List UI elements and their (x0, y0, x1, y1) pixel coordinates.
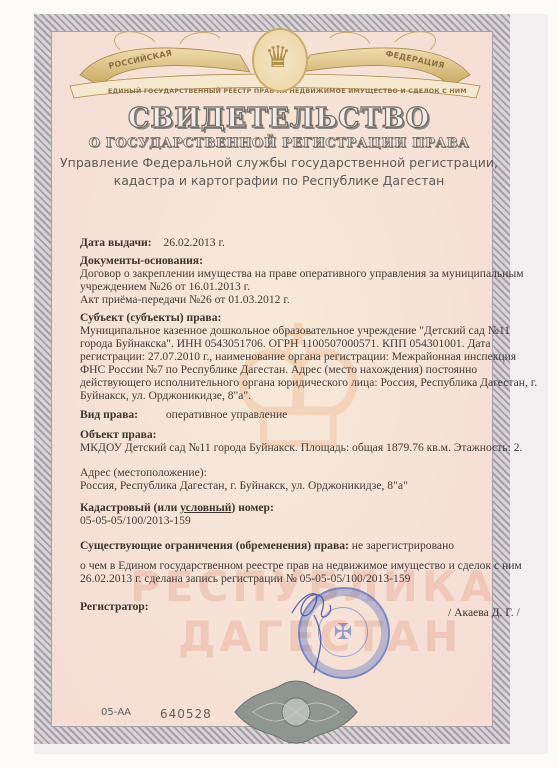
cadastral-value: 05-05-05/100/2013-159 (80, 514, 274, 527)
subject-line: регистрации: 27.07.2010 г., наименование… (80, 350, 537, 363)
address-value: Россия, Республика Дагестан, г. Буйнакск… (80, 479, 408, 492)
issue-date-label: Дата выдачи: (80, 236, 152, 249)
cadastral-section: Кадастровый (или условный) номер: 05-05-… (80, 501, 274, 527)
subject-section: Субъект (субъекты) права: Муниципальное … (80, 311, 537, 402)
double-headed-eagle-icon: ♛ (258, 36, 298, 80)
right-type-row: Вид права: оперативное управление (80, 408, 287, 421)
documents-section: Документы-основания: Договор о закреплен… (80, 254, 524, 306)
subject-line: действующего исполнительного органа юрид… (80, 376, 537, 389)
serial-number: 640528 (160, 707, 212, 721)
object-section: Объект права: МКДОУ Детский сад №11 горо… (80, 428, 522, 454)
documents-line: учреждением №26 от 16.01.2013 г. (80, 280, 524, 293)
agency-line-2: кадастра и картографии по Республике Даг… (0, 172, 558, 190)
registrar-label: Регистратор: (80, 600, 149, 613)
address-label: Адрес (местоположение): (80, 466, 408, 479)
certificate-title: СВИДЕТЕЛЬСТВО (0, 103, 558, 134)
serial-series: 05-АА (101, 707, 131, 718)
cadastral-label-underlined: условный (180, 501, 231, 514)
address-section: Адрес (местоположение): Россия, Республи… (80, 466, 408, 492)
subject-label: Субъект (субъекты) права: (80, 311, 537, 324)
encumbrance-value: не зарегистрировано (349, 539, 454, 552)
registrar-name: / Акаева Д. Г. / (448, 606, 520, 619)
object-value: МКДОУ Детский сад №11 города Буйнакск. П… (80, 441, 522, 454)
documents-line: Договор о закреплении имущества на праве… (80, 267, 524, 280)
subject-line: ФНС России №7 по Республике Дагестан. Ад… (80, 363, 537, 376)
object-label: Объект права: (80, 428, 522, 441)
encumbrance-row: Существующие ограничения (обременения) п… (80, 539, 454, 552)
cadastral-label-part: ) номер: (231, 501, 273, 514)
certificate-subtitle: О ГОСУДАРСТВЕННОЙ РЕГИСТРАЦИИ ПРАВА (0, 136, 558, 151)
cadastral-label-part: Кадастровый (или (80, 501, 180, 514)
subject-line: города Буйнакска". ИНН 0543051706. ОГРН … (80, 337, 537, 350)
right-type-label: Вид права: (80, 408, 138, 421)
right-type-value: оперативное управление (166, 408, 287, 421)
record-line: о чем в Едином государственном реестре п… (80, 559, 522, 572)
record-section: о чем в Едином государственном реестре п… (80, 559, 522, 585)
subject-line: Буйнакск, ул. Орджоникидзе, 8"а". (80, 389, 537, 402)
subject-line: Муниципальное казенное дошкольное образо… (80, 324, 537, 337)
issue-date-row: Дата выдачи: 26.02.2013 г. (80, 236, 225, 249)
issue-date-value: 26.02.2013 г. (163, 236, 224, 249)
documents-label: Документы-основания: (80, 254, 524, 267)
cadastral-label: Кадастровый (или условный) номер: (80, 501, 274, 514)
issuing-agency: Управление Федеральной службы государств… (0, 154, 558, 190)
documents-line: Акт приёма-передачи №26 от 01.03.2012 г. (80, 293, 524, 306)
encumbrance-label: Существующие ограничения (обременения) п… (80, 539, 349, 552)
record-line: 26.02.2013 г. сделана запись регистрации… (80, 572, 522, 585)
agency-line-1: Управление Федеральной службы государств… (0, 154, 558, 172)
security-rosette (233, 680, 359, 744)
registrar-signature (284, 585, 354, 675)
